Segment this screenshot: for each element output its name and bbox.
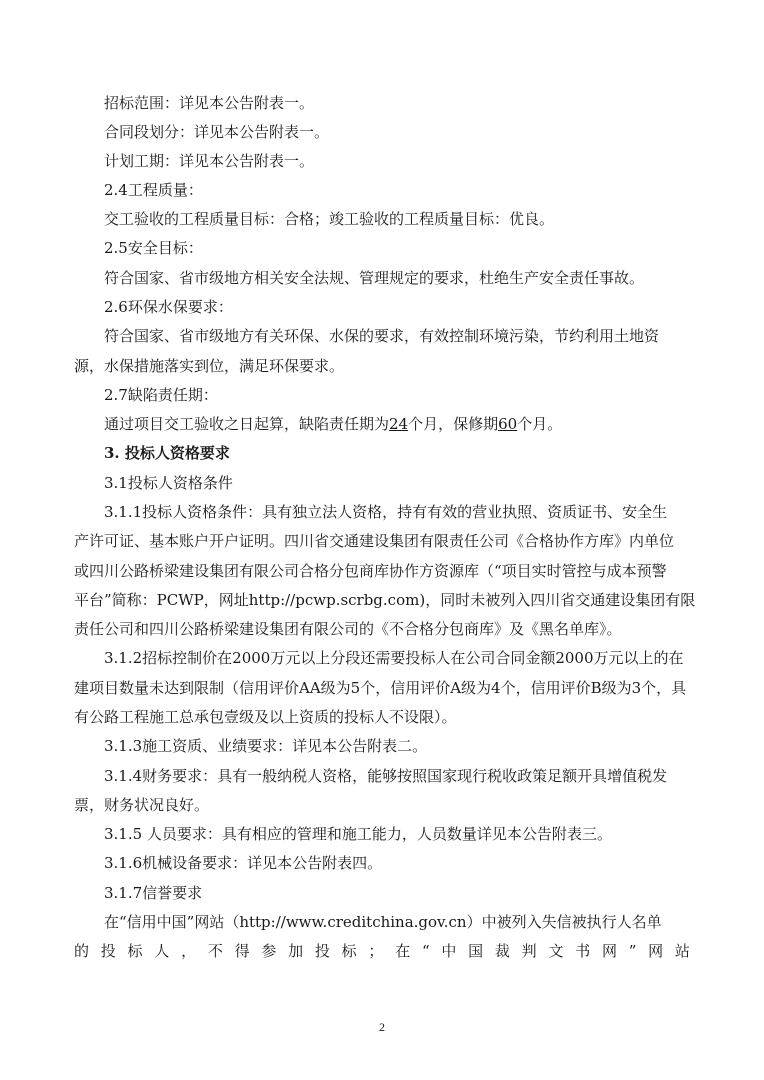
char: 在 [395,941,410,961]
char: 的 [74,941,89,961]
char: 国 [468,941,483,961]
char: ； [368,941,383,961]
text-line: 2.5安全目标： [104,238,203,258]
text: 个月。 [517,415,562,433]
p314-line: 3.1.4财务要求：具有一般纳税人资格，能够按照国家现行税收政策足额开具增值税发 [104,766,667,786]
section-3-1-heading: 3.1投标人资格条件 [104,473,233,493]
p314-line: 票，财务状况良好。 [74,795,209,815]
text: 个月，保修期 [408,415,498,433]
defect-period-line: 通过项目交工验收之日起算，缺陷责任期为24个月，保修期60个月。 [104,414,562,434]
p311-line: 平台”简称：PCWP，网址http://pcwp.scrbg.com)，同时未被… [74,590,695,610]
text-line: 源，水保措施落实到位，满足环保要求。 [74,356,344,376]
char: 网 [602,941,617,961]
text-line: 交工验收的工程质量目标：合格；竣工验收的工程质量目标：优良。 [104,209,554,229]
p313: 3.1.3施工资质、业绩要求：详见本公告附表二。 [104,736,427,756]
char: 人 [154,941,169,961]
char: 投 [101,941,116,961]
section-3-heading: 3. 投标人资格要求 [104,443,230,463]
p316: 3.1.6机械设备要求：详见本公告附表四。 [104,853,382,873]
char: 判 [522,941,537,961]
char: 得 [235,941,250,961]
p312-line: 有公路工程施工总承包壹级及以上资质的投标人不设限）。 [74,707,457,727]
p311-line: 责任公司和四川公路桥梁建设集团有限公司的《不合格分包商库》及《黑名单库》。 [74,619,622,639]
text: 通过项目交工验收之日起算，缺陷责任期为 [104,415,389,433]
text-line: 符合国家、省市级地方有关环保、水保的要求，有效控制环境污染，节约利用土地资 [104,326,659,346]
defect-months: 24 [389,415,408,433]
text-line: 2.6环保水保要求： [104,297,233,317]
text-line: 计划工期：详见本公告附表一。 [104,151,314,171]
char: ” [629,941,637,961]
warranty-months: 60 [498,415,517,433]
p311-line: 或四川公路桥梁建设集团有限公司合格分包商库协作方资源库（“项目实时管控与成本预警 [74,561,667,581]
p311-line: 3.1.1投标人资格条件：具有独立法人资格，持有有效的营业执照、资质证书、安全生 [104,502,667,522]
text-line: 2.4工程质量： [104,180,203,200]
char: 书 [575,941,590,961]
char: 标 [342,941,357,961]
p315: 3.1.5 人员要求：具有相应的管理和施工能力，人员数量详见本公告附表三。 [104,824,612,844]
char: 参 [261,941,276,961]
char: 站 [675,941,690,961]
char: 文 [548,941,563,961]
char: 标 [128,941,143,961]
text-line: 2.7缺陷责任期： [104,385,218,405]
char: ， [181,941,196,961]
char: 网 [648,941,663,961]
p312-line: 3.1.2招标控制价在2000万元以上分段还需要投标人在公司合同金额2000万元… [104,648,684,668]
page-number: 2 [0,1020,764,1035]
p317-body: 在“信用中国”网站（http://www.creditchina.gov.cn）… [104,912,662,932]
text-line: 招标范围：详见本公告附表一。 [104,93,314,113]
char: 裁 [495,941,510,961]
p311-line: 产许可证、基本账户开户证明。四川省交通建设集团有限责任公司《合格协作方库》内单位 [74,531,674,551]
char: “ [422,941,430,961]
char: 投 [315,941,330,961]
p312-line: 建项目数量未达到限制（信用评价AA级为5个，信用评价A级为4个，信用评价B级为3… [74,678,686,698]
p317-body-justified: 的投标人，不得参加投标；在“中国裁判文书网”网站 [74,941,690,961]
char: 不 [208,941,223,961]
char: 加 [288,941,303,961]
char: 中 [441,941,456,961]
p317-heading: 3.1.7信誉要求 [104,883,202,903]
text-line: 合同段划分：详见本公告附表一。 [104,122,329,142]
text-line: 符合国家、省市级地方相关安全法规、管理规定的要求，杜绝生产安全责任事故。 [104,268,644,288]
